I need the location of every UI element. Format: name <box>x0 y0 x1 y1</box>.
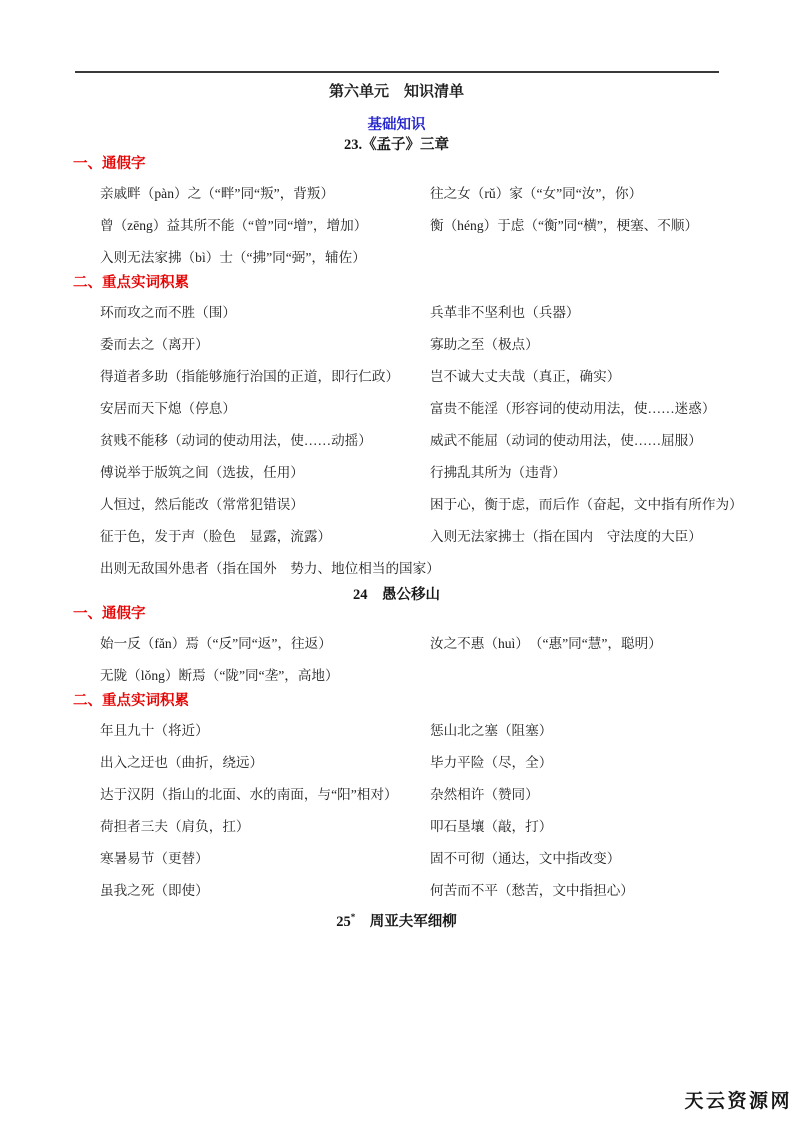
basics-subtitle: 基础知识 <box>0 115 793 135</box>
entry-right: 往之女（rǔ）家（“女”同“汝”，你） <box>430 178 793 210</box>
entry-row: 寒暑易节（更替）固不可彻（通达，文中指改变） <box>100 843 793 875</box>
lesson-star: * <box>351 912 356 922</box>
entry-left: 荷担者三夫（肩负，扛） <box>100 811 430 843</box>
entry-rows: 亲戚畔（pàn）之（“畔”同“叛”，背叛）往之女（rǔ）家（“女”同“汝”，你）… <box>100 178 793 274</box>
lesson-heading: 23.《孟子》三章 <box>0 135 793 155</box>
entry-left: 虽我之死（即使） <box>100 875 430 907</box>
entry-right: 富贵不能淫（形容词的使动用法，使……迷惑） <box>430 393 793 425</box>
entry-left: 得道者多助（指能够施行治国的正道，即行仁政） <box>100 361 430 393</box>
entry-right: 入则无法家拂士（指在国内 守法度的大臣） <box>430 521 793 553</box>
entry-left: 达于汉阴（指山的北面、水的南面，与“阳”相对） <box>100 779 430 811</box>
entry-row: 年且九十（将近）惩山北之塞（阻塞） <box>100 715 793 747</box>
entry-right: 寡助之至（极点） <box>430 329 793 361</box>
entry-left: 征于色，发于声（脸色 显露，流露） <box>100 521 430 553</box>
entry-right: 兵革非不坚利也（兵器） <box>430 297 793 329</box>
entry-row: 荷担者三夫（肩负，扛）叩石垦壤（敲，打） <box>100 811 793 843</box>
subsection-heading: 二、重点实词积累 <box>0 274 793 293</box>
entry-row: 环而攻之而不胜（围）兵革非不坚利也（兵器） <box>100 297 793 329</box>
entry-right: 岂不诚大丈夫哉（真正，确实） <box>430 361 793 393</box>
entry-left: 入则无法家拂（bì）士（“拂”同“弼”，辅佐） <box>100 242 430 274</box>
entry-right: 惩山北之塞（阻塞） <box>430 715 793 747</box>
entry-right: 固不可彻（通达，文中指改变） <box>430 843 793 875</box>
entry-right <box>430 660 793 692</box>
lesson-heading: 24 愚公移山 <box>0 585 793 605</box>
entry-right: 衡（héng）于虑（“衡”同“横”，梗塞、不顺） <box>430 210 793 242</box>
subsection-heading: 一、通假字 <box>0 605 793 624</box>
document-content: 第六单元 知识清单 基础知识 23.《孟子》三章一、通假字亲戚畔（pàn）之（“… <box>0 0 793 932</box>
entry-left: 亲戚畔（pàn）之（“畔”同“叛”，背叛） <box>100 178 430 210</box>
entry-row: 贫贱不能移（动词的使动用法，使……动摇）威武不能屈（动词的使动用法，使……屈服） <box>100 425 793 457</box>
entry-right: 汝之不惠（huì） （“惠”同“慧”，聪明） <box>430 628 793 660</box>
entry-row: 始一反（fǎn）焉（“反”同“返”，往返）汝之不惠（huì） （“惠”同“慧”，… <box>100 628 793 660</box>
entry-right: 何苦而不平（愁苦，文中指担心） <box>430 875 793 907</box>
entry-left: 安居而天下熄（停息） <box>100 393 430 425</box>
entry-left: 环而攻之而不胜（围） <box>100 297 430 329</box>
entry-left: 无陇（lǒng）断焉（“陇”同“垄”，高地） <box>100 660 430 692</box>
entry-row: 安居而天下熄（停息）富贵不能淫（形容词的使动用法，使……迷惑） <box>100 393 793 425</box>
entry-left: 出则无敌国外患者（指在国外 势力、地位相当的国家） <box>100 553 430 585</box>
lessons-container: 23.《孟子》三章一、通假字亲戚畔（pàn）之（“畔”同“叛”，背叛）往之女（r… <box>0 135 793 932</box>
entry-left: 始一反（fǎn）焉（“反”同“返”，往返） <box>100 628 430 660</box>
subsection-heading: 一、通假字 <box>0 155 793 174</box>
entry-right <box>430 553 793 585</box>
subsection-heading: 二、重点实词积累 <box>0 692 793 711</box>
entry-row: 曾（zēng）益其所不能（“曾”同“增”，增加）衡（héng）于虑（“衡”同“横… <box>100 210 793 242</box>
entry-left: 委而去之（离开） <box>100 329 430 361</box>
entry-right: 行拂乱其所为（违背） <box>430 457 793 489</box>
entry-row: 人恒过，然后能改（常常犯错误）困于心，衡于虑，而后作（奋起，文中指有所作为） <box>100 489 793 521</box>
entry-right: 杂然相许（赞同） <box>430 779 793 811</box>
entry-rows: 始一反（fǎn）焉（“反”同“返”，往返）汝之不惠（huì） （“惠”同“慧”，… <box>100 628 793 692</box>
entry-row: 亲戚畔（pàn）之（“畔”同“叛”，背叛）往之女（rǔ）家（“女”同“汝”，你） <box>100 178 793 210</box>
entry-left: 年且九十（将近） <box>100 715 430 747</box>
entry-row: 傅说举于版筑之间（选拔，任用）行拂乱其所为（违背） <box>100 457 793 489</box>
entry-row: 征于色，发于声（脸色 显露，流露）入则无法家拂士（指在国内 守法度的大臣） <box>100 521 793 553</box>
entry-row: 得道者多助（指能够施行治国的正道，即行仁政）岂不诚大丈夫哉（真正，确实） <box>100 361 793 393</box>
entry-row: 出入之迂也（曲折，绕远）毕力平险（尽，全） <box>100 747 793 779</box>
entry-row: 入则无法家拂（bì）士（“拂”同“弼”，辅佐） <box>100 242 793 274</box>
entry-right: 威武不能屈（动词的使动用法，使……屈服） <box>430 425 793 457</box>
entry-left: 出入之迂也（曲折，绕远） <box>100 747 430 779</box>
entry-row: 无陇（lǒng）断焉（“陇”同“垄”，高地） <box>100 660 793 692</box>
entry-left: 贫贱不能移（动词的使动用法，使……动摇） <box>100 425 430 457</box>
top-rule <box>75 71 719 73</box>
entry-left: 人恒过，然后能改（常常犯错误） <box>100 489 430 521</box>
entry-left: 曾（zēng）益其所不能（“曾”同“增”，增加） <box>100 210 430 242</box>
entry-row: 委而去之（离开）寡助之至（极点） <box>100 329 793 361</box>
entry-right: 叩石垦壤（敲，打） <box>430 811 793 843</box>
entry-row: 出则无敌国外患者（指在国外 势力、地位相当的国家） <box>100 553 793 585</box>
entry-right: 困于心，衡于虑，而后作（奋起，文中指有所作为） <box>430 489 793 521</box>
entry-row: 虽我之死（即使）何苦而不平（愁苦，文中指担心） <box>100 875 793 907</box>
entry-right <box>430 242 793 274</box>
entry-rows: 年且九十（将近）惩山北之塞（阻塞）出入之迂也（曲折，绕远）毕力平险（尽，全）达于… <box>100 715 793 907</box>
unit-title: 第六单元 知识清单 <box>0 82 793 102</box>
watermark: 天云资源网 <box>684 1086 792 1113</box>
entry-rows: 环而攻之而不胜（围）兵革非不坚利也（兵器）委而去之（离开）寡助之至（极点）得道者… <box>100 297 793 585</box>
entry-row: 达于汉阴（指山的北面、水的南面，与“阳”相对）杂然相许（赞同） <box>100 779 793 811</box>
entry-right: 毕力平险（尽，全） <box>430 747 793 779</box>
lesson-heading: 25* 周亚夫军细柳 <box>0 907 793 932</box>
entry-left: 寒暑易节（更替） <box>100 843 430 875</box>
entry-left: 傅说举于版筑之间（选拔，任用） <box>100 457 430 489</box>
